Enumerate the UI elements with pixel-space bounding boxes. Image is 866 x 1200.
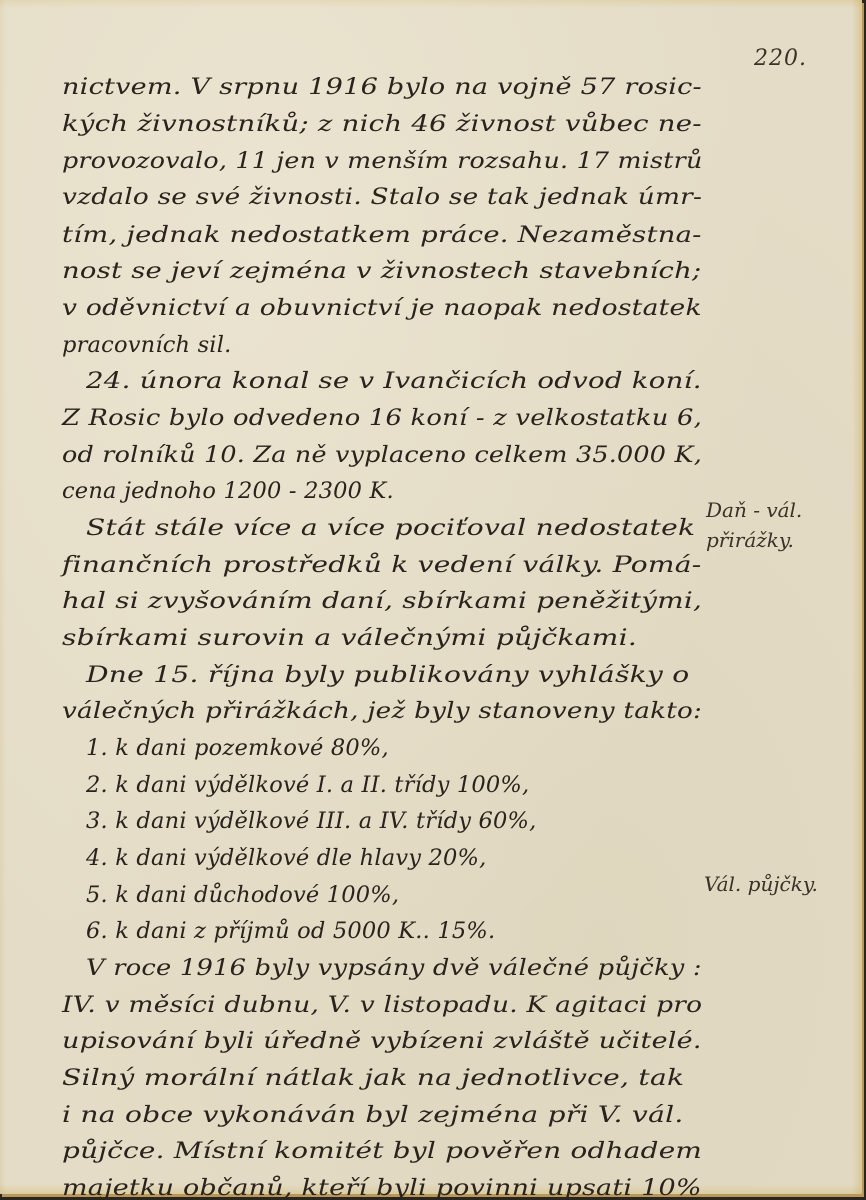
list-item-surcharge: 6. k dani z příjmů od 5000 K.. 15%.: [86, 918, 495, 944]
text-line: tím, jednak nedostatkem práce. Nezaměstn…: [62, 222, 702, 248]
text-line: finančních prostředků k vedení války. Po…: [62, 552, 701, 578]
text-line: kých živnostníků; z nich 46 živnost vůbe…: [62, 111, 702, 137]
text-line: Stát stále více a více pociťoval nedosta…: [86, 515, 695, 541]
list-item-surcharge: 5. k dani důchodové 100%,: [86, 882, 399, 908]
margin-note-line: Vál. půjčky.: [704, 872, 818, 896]
text-line: upisování byli úředně vybízeni zvláště u…: [62, 1028, 702, 1054]
manuscript-page: 220. nictvem. V srpnu 1916 bylo na vojně…: [0, 0, 862, 1194]
text-line: cena jednoho 1200 - 2300 K.: [62, 478, 394, 504]
text-line: nictvem. V srpnu 1916 bylo na vojně 57 r…: [62, 74, 702, 100]
text-line: vzdalo se své živnosti. Stalo se tak jed…: [62, 184, 702, 210]
text-line: hal si zvyšováním daní, sbírkami peněžit…: [62, 588, 702, 614]
text-line: majetku občanů, kteří byli povinni upsat…: [62, 1175, 702, 1200]
text-line: pracovních sil.: [62, 332, 231, 358]
text-line: 24. února konal se v Ivančicích odvod ko…: [86, 368, 702, 394]
text-line: sbírkami surovin a válečnými půjčkami.: [62, 625, 637, 651]
text-line: V roce 1916 byly vypsány dvě válečné půj…: [86, 955, 702, 981]
list-item-surcharge: 2. k dani výdělkové I. a II. třídy 100%,: [86, 772, 529, 798]
list-item-surcharge: 1. k dani pozemkové 80%,: [86, 735, 389, 761]
text-line: v oděvnictví a obuvnictví je naopak nedo…: [62, 295, 702, 321]
margin-note-line: přirážky.: [706, 528, 802, 552]
list-item-surcharge: 4. k dani výdělkové dle hlavy 20%,: [86, 845, 486, 871]
text-line: půjčce. Místní komitét byl pověřen odhad…: [62, 1138, 702, 1164]
text-line: nost se jeví zejména v živnostech staveb…: [62, 258, 702, 284]
text-line: IV. v měsíci dubnu, V. v listopadu. K ag…: [62, 992, 702, 1018]
text-line: i na obce vykonáván byl zejména při V. v…: [62, 1102, 684, 1128]
margin-note-line: Daň - vál.: [706, 498, 802, 522]
text-line: Dne 15. října byly publikovány vyhlášky …: [86, 662, 689, 688]
text-line: Z Rosic bylo odvedeno 16 koní - z velkos…: [62, 405, 702, 431]
text-line: provozovalo, 11 jen v menším rozsahu. 17…: [62, 148, 703, 174]
margin-note-war-loans: Vál. půjčky.: [704, 872, 818, 896]
text-line: válečných přirážkách, jež byly stanoveny…: [62, 698, 702, 724]
page-number: 220.: [754, 46, 807, 71]
text-line: od rolníků 10. Za ně vyplaceno celkem 35…: [62, 442, 702, 468]
text-line: Silný morální nátlak jak na jednotlivce,…: [62, 1065, 684, 1091]
margin-note-tax-surcharges: Daň - vál. přirážky.: [706, 498, 802, 552]
list-item-surcharge: 3. k dani výdělkové III. a IV. třídy 60%…: [86, 808, 536, 834]
